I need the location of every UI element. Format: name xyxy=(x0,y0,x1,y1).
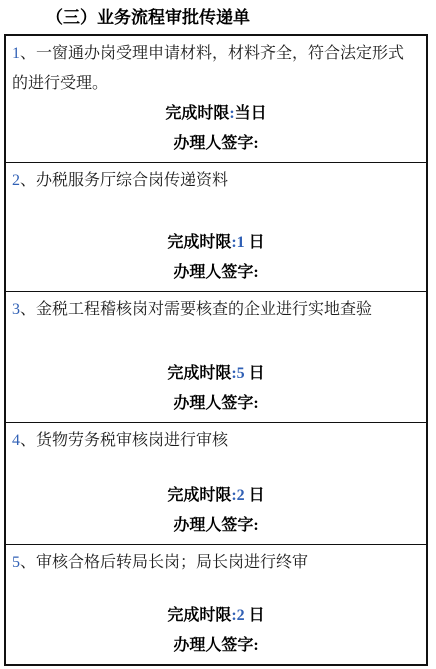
deadline-label: 完成时限 xyxy=(167,487,231,504)
step-number-separator: 、 xyxy=(20,172,36,189)
deadline-number: 2 xyxy=(237,487,245,504)
completion-deadline: 完成时限:当日 xyxy=(12,99,420,129)
table-row: 4、货物劳务税审核岗进行审核 完成时限:2 日 办理人签字: xyxy=(5,423,427,545)
handler-signature-label: 办理人签字: xyxy=(12,258,420,288)
step-description-text: 货物劳务税审核岗进行审核 xyxy=(36,432,228,449)
table-row: 2、办税服务厅综合岗传递资料 完成时限:1 日 办理人签字: xyxy=(5,163,427,292)
deadline-number: 2 xyxy=(237,607,245,624)
step-number: 5 xyxy=(12,554,20,571)
handler-signature-label: 办理人签字: xyxy=(12,389,420,419)
document-page: （三）业务流程审批传递单 1、一窗通办岗受理申请材料，材料齐全，符合法定形式的进… xyxy=(0,0,436,669)
deadline-label: 完成时限 xyxy=(165,105,229,122)
deadline-number: 1 xyxy=(237,234,245,251)
page-title: （三）业务流程审批传递单 xyxy=(0,0,436,34)
deadline-number: 5 xyxy=(237,365,245,382)
step-description: 5、审核合格后转局长岗；局长岗进行终审 xyxy=(12,548,420,578)
step-description: 2、办税服务厅综合岗传递资料 xyxy=(12,166,420,196)
table-row: 1、一窗通办岗受理申请材料，材料齐全，符合法定形式的进行受理。 完成时限:当日 … xyxy=(5,35,427,163)
step-number: 2 xyxy=(12,172,20,189)
step-cell-5: 5、审核合格后转局长岗；局长岗进行终审 完成时限:2 日 办理人签字: xyxy=(6,545,426,664)
table-row: 3、金税工程稽核岗对需要核查的企业进行实地查验 完成时限:5 日 办理人签字: xyxy=(5,292,427,423)
step-cell-1: 1、一窗通办岗受理申请材料，材料齐全，符合法定形式的进行受理。 完成时限:当日 … xyxy=(6,36,426,162)
step-description-text: 审核合格后转局长岗；局长岗进行终审 xyxy=(36,554,308,571)
step-number-separator: 、 xyxy=(20,432,36,449)
deadline-unit: 当日 xyxy=(235,105,267,122)
deadline-label: 完成时限 xyxy=(167,365,231,382)
handler-signature-label: 办理人签字: xyxy=(12,511,420,541)
step-cell-4: 4、货物劳务税审核岗进行审核 完成时限:2 日 办理人签字: xyxy=(6,423,426,544)
step-cell-3: 3、金税工程稽核岗对需要核查的企业进行实地查验 完成时限:5 日 办理人签字: xyxy=(6,292,426,422)
completion-deadline: 完成时限:2 日 xyxy=(12,601,420,631)
spacer xyxy=(12,325,420,359)
handler-signature-label: 办理人签字: xyxy=(12,129,420,159)
step-description: 4、货物劳务税审核岗进行审核 xyxy=(12,426,420,456)
step-description-text: 金税工程稽核岗对需要核查的企业进行实地查验 xyxy=(36,301,372,318)
deadline-unit: 日 xyxy=(245,365,265,382)
deadline-unit: 日 xyxy=(245,487,265,504)
step-description-text: 办税服务厅综合岗传递资料 xyxy=(36,172,228,189)
step-number-separator: 、 xyxy=(20,301,36,318)
completion-deadline: 完成时限:5 日 xyxy=(12,359,420,389)
spacer xyxy=(12,578,420,601)
spacer xyxy=(12,456,420,481)
step-description: 1、一窗通办岗受理申请材料，材料齐全，符合法定形式的进行受理。 xyxy=(12,39,420,99)
step-description-text: 一窗通办岗受理申请材料，材料齐全，符合法定形式的进行受理。 xyxy=(12,45,404,92)
step-cell-2: 2、办税服务厅综合岗传递资料 完成时限:1 日 办理人签字: xyxy=(6,163,426,291)
step-number-separator: 、 xyxy=(20,554,36,571)
handler-signature-label: 办理人签字: xyxy=(12,631,420,661)
deadline-label: 完成时限 xyxy=(167,607,231,624)
step-number: 4 xyxy=(12,432,20,449)
deadline-unit: 日 xyxy=(245,607,265,624)
step-description: 3、金税工程稽核岗对需要核查的企业进行实地查验 xyxy=(12,295,420,325)
spacer xyxy=(12,196,420,228)
approval-transfer-table: 1、一窗通办岗受理申请材料，材料齐全，符合法定形式的进行受理。 完成时限:当日 … xyxy=(4,34,428,666)
step-number: 3 xyxy=(12,301,20,318)
table-row: 5、审核合格后转局长岗；局长岗进行终审 完成时限:2 日 办理人签字: xyxy=(5,545,427,666)
deadline-unit: 日 xyxy=(245,234,265,251)
completion-deadline: 完成时限:1 日 xyxy=(12,228,420,258)
step-number-separator: 、 xyxy=(20,45,36,62)
step-number: 1 xyxy=(12,45,20,62)
completion-deadline: 完成时限:2 日 xyxy=(12,481,420,511)
deadline-label: 完成时限 xyxy=(167,234,231,251)
